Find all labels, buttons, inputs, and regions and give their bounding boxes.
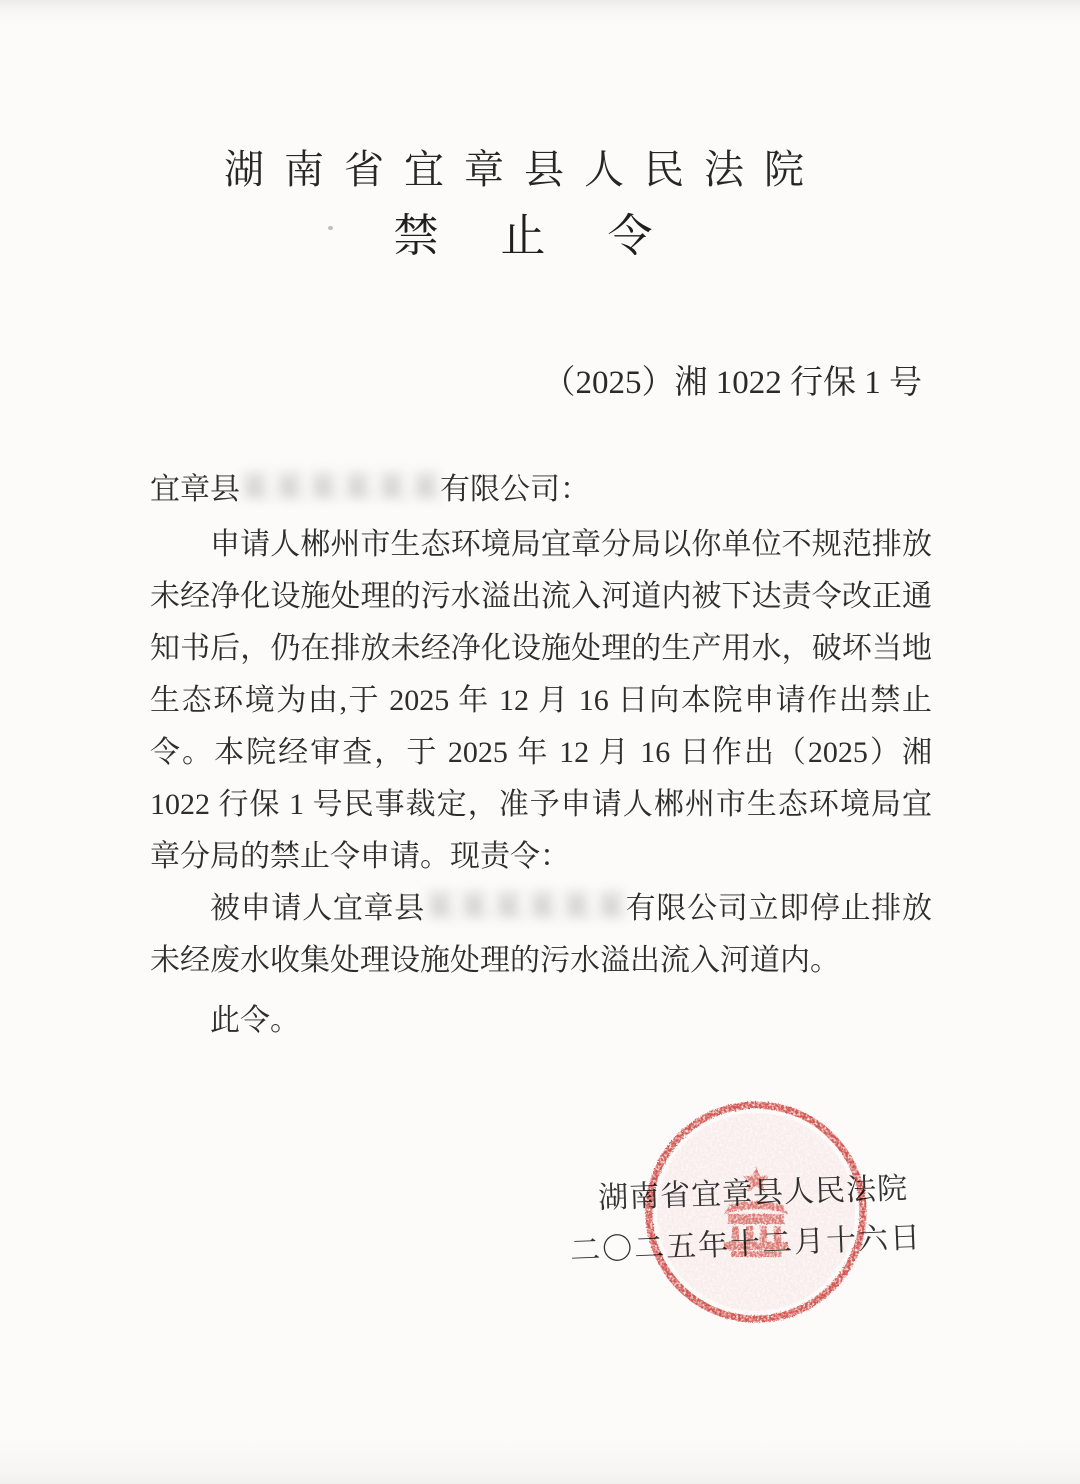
scan-noise-dot <box>328 226 333 230</box>
document-body: 宜章县某某某某某某某有限公司： 申请人郴州市生态环境局宜章分局以你单位不规范排放… <box>150 464 932 1047</box>
redacted-company-name: 某某某某某某某 <box>240 470 440 506</box>
addressee-suffix: 有限公司： <box>440 473 590 506</box>
addressee-prefix: 宜章县 <box>150 473 240 506</box>
body-paragraph-1: 申请人郴州市生态环境局宜章分局以你单位不规范排放未经净化设施处理的污水溢出流入河… <box>150 519 932 883</box>
redacted-company-name: 某某某某某某某 <box>425 889 625 925</box>
court-order-document: 湖南省宜章县人民法院 禁止令 （2025）湘 1022 行保 1 号 宜章县某某… <box>0 0 1080 1484</box>
body-paragraph-2: 被申请人宜章县某某某某某某某有限公司立即停止排放未经废水收集处理设施处理的污水溢… <box>150 883 932 987</box>
case-number: （2025）湘 1022 行保 1 号 <box>543 356 923 403</box>
court-name-heading: 湖南省宜章县人民法院 <box>224 138 824 195</box>
document-title: 禁止令 <box>393 199 714 264</box>
closing-phrase: 此令。 <box>150 995 932 1047</box>
paragraph2-prefix: 被申请人宜章县 <box>210 892 425 925</box>
addressee-line: 宜章县某某某某某某某有限公司： <box>150 464 932 516</box>
